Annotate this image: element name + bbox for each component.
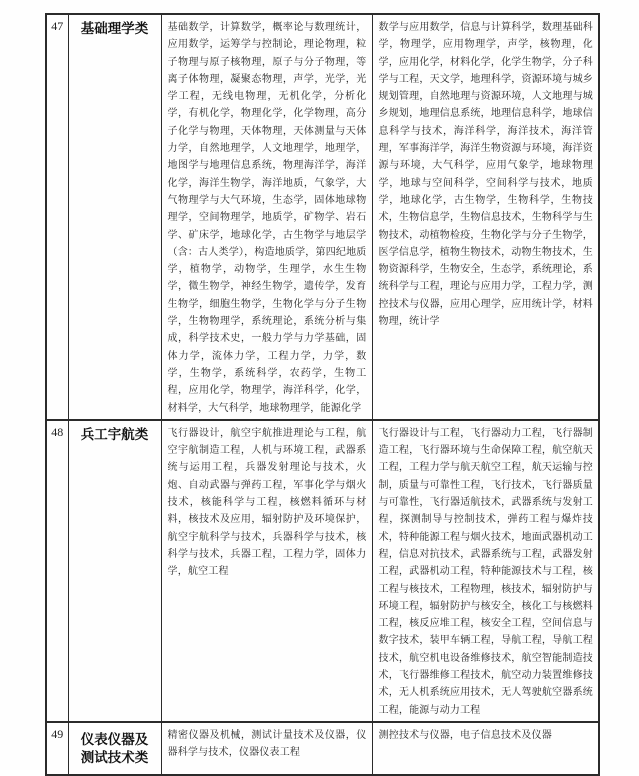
majors-column-left-cell: 飞行器设计，航空宇航推进理论与工程，航空宇航制造工程，人机与环境工程，武器系统与… bbox=[161, 420, 372, 722]
table-row: 48 兵工宇航类 飞行器设计，航空宇航推进理论与工程，航空宇航制造工程，人机与环… bbox=[46, 420, 599, 722]
majors-column-left-cell: 精密仪器及机械，测试计量技术及仪器，仪器科学与技术，仪器仪表工程 bbox=[161, 722, 372, 775]
category-label: 兵工宇航类 bbox=[68, 420, 161, 722]
majors-column-right-cell: 飞行器设计与工程，飞行器动力工程，飞行器制造工程，飞行器环境与生命保障工程，航空… bbox=[372, 420, 599, 722]
document-page: 47 基础理学类 基础数学，计算数学，概率论与数理统计，应用数学，运筹学与控制论… bbox=[0, 0, 639, 770]
majors-column-right-cell: 测控技术与仪器，电子信息技术及仪器 bbox=[372, 722, 599, 775]
category-label: 基础理学类 bbox=[68, 14, 161, 420]
majors-column-right-cell: 数学与应用数学，信息与计算科学，数理基础科学，物理学，应用物理学，声学，核物理，… bbox=[372, 14, 599, 420]
row-number: 48 bbox=[46, 420, 68, 722]
table-row: 47 基础理学类 基础数学，计算数学，概率论与数理统计，应用数学，运筹学与控制论… bbox=[46, 14, 599, 420]
row-number: 49 bbox=[46, 722, 68, 775]
majors-catalog-table: 47 基础理学类 基础数学，计算数学，概率论与数理统计，应用数学，运筹学与控制论… bbox=[45, 13, 600, 776]
row-number: 47 bbox=[46, 14, 68, 420]
majors-column-left-cell: 基础数学，计算数学，概率论与数理统计，应用数学，运筹学与控制论，理论物理，粒子物… bbox=[161, 14, 372, 420]
category-label: 仪表仪器及 测试技术类 bbox=[68, 722, 161, 775]
table-row: 49 仪表仪器及 测试技术类 精密仪器及机械，测试计量技术及仪器，仪器科学与技术… bbox=[46, 722, 599, 775]
